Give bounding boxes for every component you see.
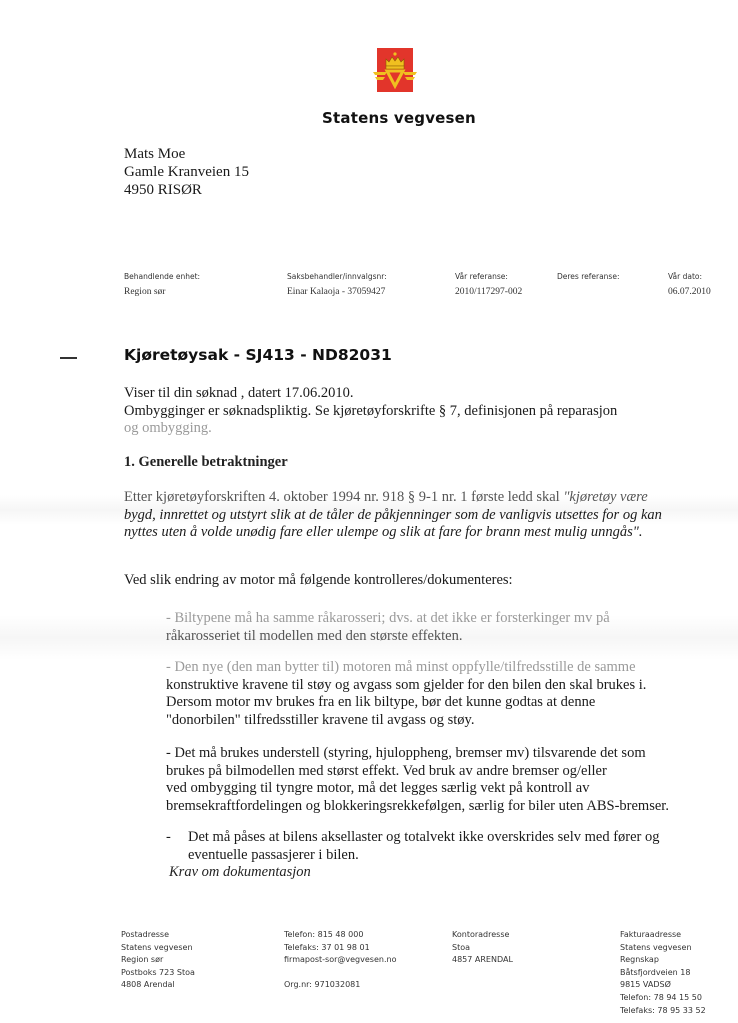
footer-postal-address: Postadresse Statens vegvesen Region sør … [121, 929, 195, 992]
bullet-marker: - [166, 829, 188, 864]
recipient-name: Mats Moe [124, 145, 249, 163]
ref-our-reference: Vår referanse: 2010/117297-002 [455, 272, 522, 298]
regulation-lead: Etter kjøretøyforskriften 4. oktober 199… [124, 489, 563, 505]
control-item: - Det må brukes understell (styring, hju… [166, 745, 726, 815]
footer-invoice-address: Fakturaadresse Statens vegvesen Regnskap… [620, 929, 706, 1017]
ref-your-reference: Deres referanse: [557, 272, 619, 286]
regulation-quote: bygd, innrettet og utstyrt slik at de tå… [124, 507, 699, 525]
ref-our-date: Vår dato: 06.07.2010 [668, 272, 711, 298]
subject-line: Kjøretøysak - SJ413 - ND82031 [124, 346, 392, 364]
intro-line: og ombygging. [124, 420, 617, 438]
footer-contact: Telefon: 815 48 000 Telefaks: 37 01 98 0… [284, 929, 396, 992]
recipient-street: Gamle Kranveien 15 [124, 163, 249, 181]
ref-handling-unit: Behandlende enhet: Region sør [124, 272, 200, 298]
margin-dash [60, 357, 77, 359]
documentation-requirement-heading: Krav om dokumentasjon [169, 864, 311, 881]
recipient-postal: 4950 RISØR [124, 181, 249, 199]
regulation-quote: nyttes uten å volde unødig fare eller ul… [124, 524, 699, 542]
footer-email-link[interactable]: firmapost-sor@vegvesen.no [284, 954, 396, 967]
control-item: - Biltypene må ha samme råkarosseri; dvs… [166, 610, 726, 645]
intro-paragraph: Viser til din søknad , datert 17.06.2010… [124, 385, 617, 438]
section-heading: 1. Generelle betraktninger [124, 454, 288, 472]
controls-intro: Ved slik endring av motor må følgende ko… [124, 572, 513, 590]
control-item: - Den nye (den man bytter til) motoren m… [166, 659, 726, 729]
regulation-quote: "kjøretøy være [563, 489, 647, 505]
bullet-item: - Det må påses at bilens aksellaster og … [166, 829, 660, 864]
ref-case-officer: Saksbehandler/innvalgsnr: Einar Kalaoja … [287, 272, 387, 298]
footer-office-address: Kontoradresse Stoa 4857 ARENDAL [452, 929, 513, 967]
regulation-paragraph: Etter kjøretøyforskriften 4. oktober 199… [124, 489, 699, 542]
organization-name: Statens vegvesen [0, 109, 738, 127]
statens-vegvesen-logo-icon [373, 48, 417, 96]
recipient-address: Mats Moe Gamle Kranveien 15 4950 RISØR [124, 145, 249, 199]
intro-line: Viser til din søknad , datert 17.06.2010… [124, 385, 617, 403]
intro-line: Ombygginger er søknadspliktig. Se kjøret… [124, 403, 617, 421]
